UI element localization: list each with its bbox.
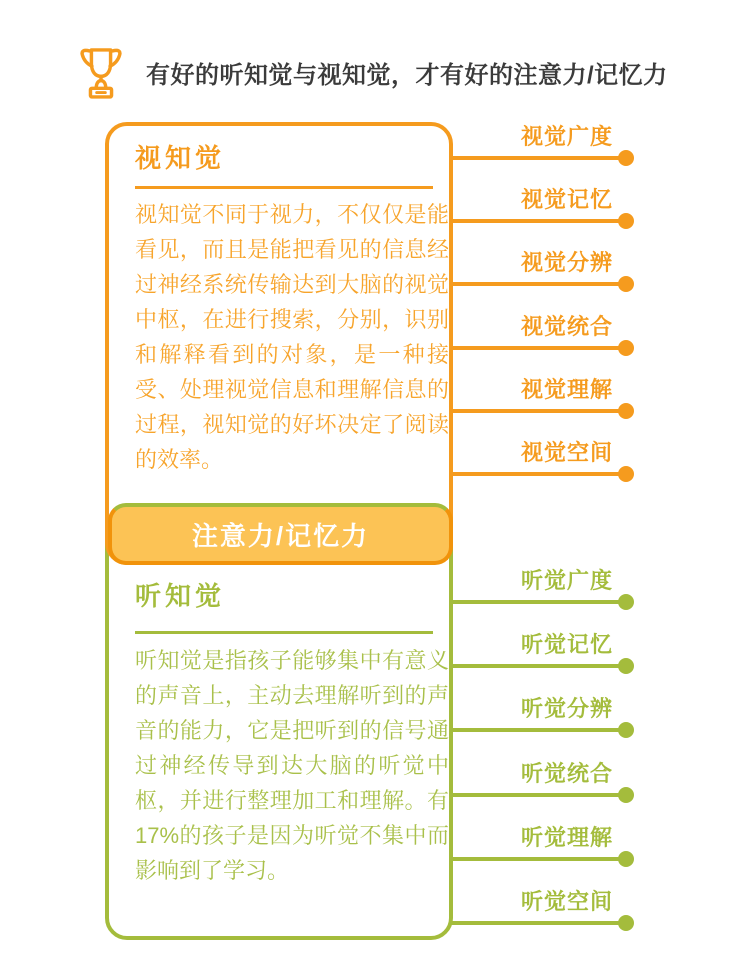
connector-line <box>451 346 627 350</box>
attention-memory-badge: 注意力/记忆力 <box>108 503 453 565</box>
connector-label: 听觉广度 <box>521 568 613 594</box>
visual-heading-divider <box>135 186 433 189</box>
connector-dot <box>618 594 634 610</box>
connector-dot <box>618 915 634 931</box>
connector-line <box>451 156 627 160</box>
visual-item-discrimination: 视觉分辨 <box>451 246 634 286</box>
auditory-card-body: 听知觉是指孩子能够集中有意义的声音上，主动去理解听到的声音的能力，它是把听到的信… <box>135 643 449 888</box>
visual-card-heading: 视知觉 <box>135 143 225 173</box>
auditory-card-heading: 听知觉 <box>135 581 225 611</box>
connector-dot <box>618 340 634 356</box>
connector-dot <box>618 722 634 738</box>
header: 有好的听知觉与视知觉，才有好的注意力/记忆力 <box>78 40 718 104</box>
connector-line <box>451 857 627 861</box>
connector-line <box>451 282 627 286</box>
auditory-perception-card: 听知觉 听知觉是指孩子能够集中有意义的声音上，主动去理解听到的声音的能力，它是把… <box>105 503 453 940</box>
auditory-heading-divider <box>135 631 433 634</box>
auditory-item-breadth: 听觉广度 <box>451 564 634 604</box>
connector-line <box>451 600 627 604</box>
page-title: 有好的听知觉与视知觉，才有好的注意力/记忆力 <box>146 55 668 90</box>
connector-label: 听觉理解 <box>521 825 613 851</box>
connector-label: 视觉理解 <box>521 377 613 403</box>
connector-label: 听觉空间 <box>521 889 613 915</box>
auditory-item-integration: 听觉统合 <box>451 757 634 797</box>
connector-dot <box>618 213 634 229</box>
connector-line <box>451 219 627 223</box>
connector-dot <box>618 466 634 482</box>
auditory-item-comprehension: 听觉理解 <box>451 821 634 861</box>
connector-line <box>451 728 627 732</box>
infographic-canvas: 有好的听知觉与视知觉，才有好的注意力/记忆力 听知觉 听知觉是指孩子能够集中有意… <box>0 0 750 969</box>
visual-item-breadth: 视觉广度 <box>451 120 634 160</box>
visual-item-memory: 视觉记忆 <box>451 183 634 223</box>
connector-line <box>451 921 627 925</box>
visual-item-spatial: 视觉空间 <box>451 436 634 476</box>
connector-dot <box>618 851 634 867</box>
visual-item-comprehension: 视觉理解 <box>451 373 634 413</box>
auditory-item-discrimination: 听觉分辨 <box>451 692 634 732</box>
connector-label: 听觉分辨 <box>521 696 613 722</box>
visual-perception-card: 视知觉 视知觉不同于视力，不仅仅是能看见，而且是能把看见的信息经过神经系统传输达… <box>105 122 453 565</box>
connector-label: 视觉空间 <box>521 440 613 466</box>
connector-dot <box>618 658 634 674</box>
connector-dot <box>618 787 634 803</box>
visual-card-body: 视知觉不同于视力，不仅仅是能看见，而且是能把看见的信息经过神经系统传输达到大脑的… <box>135 197 449 477</box>
connector-dot <box>618 276 634 292</box>
auditory-item-spatial: 听觉空间 <box>451 885 634 925</box>
trophy-icon <box>78 43 124 101</box>
connector-dot <box>618 150 634 166</box>
connector-dot <box>618 403 634 419</box>
connector-label: 视觉分辨 <box>521 250 613 276</box>
connector-line <box>451 409 627 413</box>
connector-label: 视觉记忆 <box>521 187 613 213</box>
connector-label: 视觉广度 <box>521 124 613 150</box>
attention-memory-label: 注意力/记忆力 <box>192 516 369 553</box>
visual-item-integration: 视觉统合 <box>451 310 634 350</box>
connector-label: 听觉记忆 <box>521 632 613 658</box>
connector-line <box>451 472 627 476</box>
connector-label: 听觉统合 <box>521 761 613 787</box>
auditory-item-memory: 听觉记忆 <box>451 628 634 668</box>
connector-line <box>451 793 627 797</box>
connector-line <box>451 664 627 668</box>
connector-label: 视觉统合 <box>521 314 613 340</box>
